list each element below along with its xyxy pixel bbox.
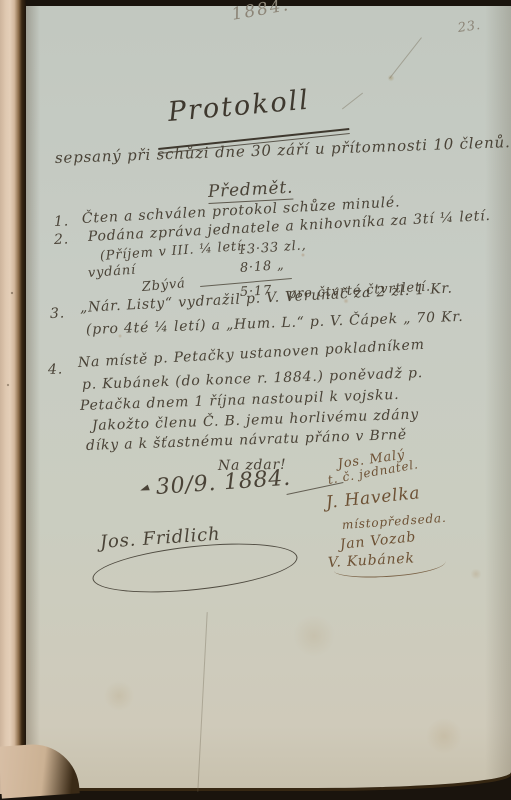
item-number: 2. [54, 232, 69, 248]
manuscript-photo: 1884. 23. Protokoll sepsaný při schůzi d… [0, 0, 511, 800]
item-number: 4. [48, 362, 63, 378]
item-number: 3. [50, 306, 65, 322]
item-number: 1. [54, 214, 69, 230]
book-fore-edge [0, 0, 26, 794]
